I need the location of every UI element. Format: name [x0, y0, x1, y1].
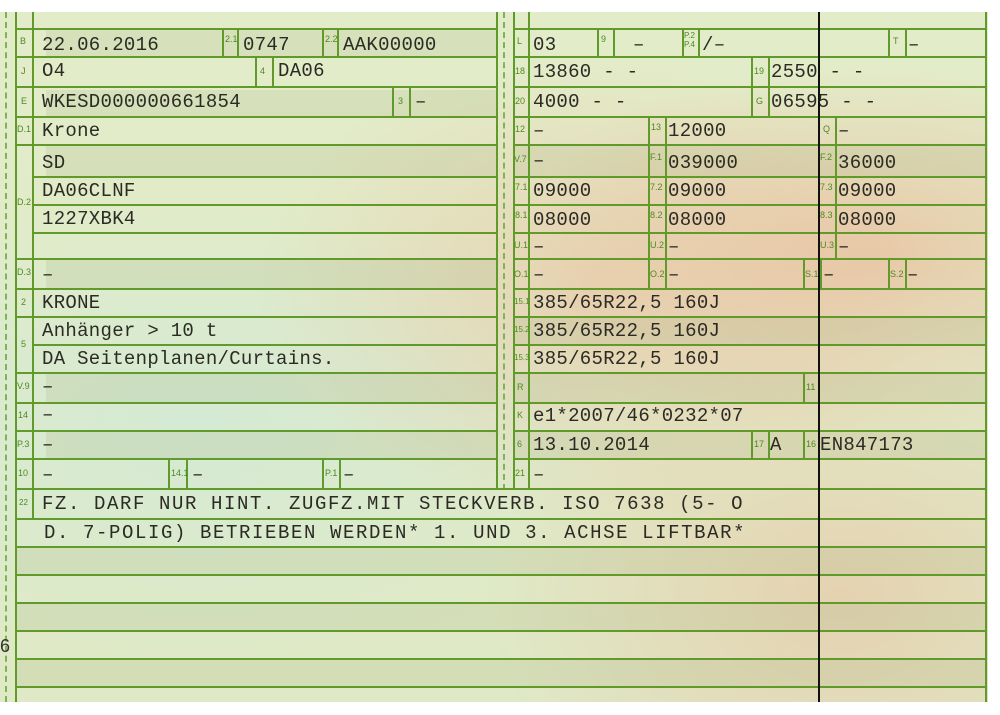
label-6: 6 — [517, 440, 522, 449]
field-S2-standing: – — [907, 266, 919, 285]
field-8-3-axle-load-3: 08000 — [838, 211, 897, 230]
label-U3: U.3 — [820, 241, 834, 250]
fold-line — [818, 12, 820, 702]
label-S2: S.2 — [890, 270, 904, 279]
field-D2-variant-line-2: DA06CLNF — [42, 182, 136, 201]
field-Q-power-weight-ratio: – — [838, 122, 850, 141]
field-2-2-type-code: AAK00000 — [343, 36, 437, 55]
label-5: 5 — [21, 340, 26, 349]
field-O1-braked-trailer-load: – — [533, 266, 545, 285]
label-T: T — [893, 37, 899, 46]
label-L: L — [517, 37, 522, 46]
label-16: 16 — [806, 440, 816, 449]
field-D1-make: Krone — [42, 122, 101, 141]
label-15-1: 15.1 — [514, 298, 530, 306]
field-5-vehicle-type-line-1: Anhänger > 10 t — [42, 322, 218, 341]
field-15-1-tyres-axle-1: 385/65R22,5 160J — [533, 294, 720, 313]
field-J-vehicle-class: O4 — [42, 62, 65, 81]
label-19: 19 — [754, 67, 764, 76]
field-P2-P4-power-rpm: /– — [702, 36, 725, 55]
label-7-3: 7.3 — [820, 183, 833, 192]
field-T-max-speed: – — [908, 36, 920, 55]
label-D1: D.1 — [17, 125, 31, 134]
label-22: 22 — [19, 499, 28, 507]
field-17-operating-permit: A — [770, 436, 782, 455]
field-21-other-remarks: – — [533, 466, 545, 485]
field-20-height: 4000 - - — [533, 93, 627, 112]
label-10: 10 — [18, 469, 28, 478]
field-10-fuel-code: – — [42, 466, 54, 485]
field-D2-version-line-3: 1227XBK4 — [42, 210, 136, 229]
field-14-1-emission-code: – — [192, 466, 204, 485]
label-21: 21 — [515, 469, 525, 478]
field-F2-permissible-mass: 36000 — [838, 154, 897, 173]
margin-number: 6 — [0, 636, 10, 657]
label-O2: O.2 — [650, 270, 665, 279]
label-F2: F.2 — [820, 153, 832, 162]
field-G-mass-in-service: 06595 - - — [771, 93, 876, 112]
field-7-2-axle-load-2: 09000 — [668, 182, 727, 201]
field-E-vin: WKESD000000661854 — [42, 93, 241, 112]
field-L-axles: 03 — [533, 36, 556, 55]
field-D2-type-line-1: SD — [42, 154, 65, 173]
field-2-manufacturer: KRONE — [42, 294, 101, 313]
label-20: 20 — [515, 97, 525, 106]
label-3: 3 — [398, 97, 403, 106]
label-13: 13 — [651, 123, 661, 132]
field-8-1-axle-load-1: 08000 — [533, 211, 592, 230]
field-V7-co2: – — [533, 152, 545, 171]
label-8-1: 8.1 — [515, 211, 528, 220]
label-18: 18 — [515, 67, 525, 76]
remarks-line-1: FZ. DARF NUR HINT. ZUGFZ.MIT STECKVERB. … — [42, 495, 744, 514]
field-O2-unbraked-trailer-load: – — [668, 266, 680, 285]
field-15-3-tyres-axle-3: 385/65R22,5 160J — [533, 350, 720, 369]
field-P3-fuel: – — [42, 436, 54, 455]
field-U1-noise-stationary: – — [533, 238, 545, 257]
field-18-length: 13860 - - — [533, 63, 638, 82]
label-O1: O.1 — [514, 270, 529, 279]
label-2: 2 — [21, 298, 26, 307]
label-P2-P4: P.2 P.4 — [684, 31, 695, 49]
label-U2: U.2 — [650, 241, 664, 250]
field-U3-noise-drive-by: – — [838, 238, 850, 257]
label-12: 12 — [515, 125, 525, 134]
label-2-2: 2.2 — [325, 35, 338, 44]
field-P1-displacement: – — [343, 466, 355, 485]
field-4-body-type: DA06 — [278, 62, 325, 81]
label-Q: Q — [823, 125, 830, 134]
label-U1: U.1 — [514, 241, 528, 250]
label-7-2: 7.2 — [650, 183, 663, 192]
label-J: J — [21, 67, 26, 76]
field-12-tank-volume: – — [533, 122, 545, 141]
field-13-support-load: 12000 — [668, 122, 727, 141]
label-D2: D.2 — [17, 198, 31, 207]
field-3-check-digit: – — [415, 93, 427, 112]
field-V9-emission-class: – — [42, 378, 54, 397]
field-15-2-tyres-axle-2: 385/65R22,5 160J — [533, 322, 720, 341]
label-S1: S.1 — [805, 270, 819, 279]
label-17: 17 — [754, 440, 764, 449]
field-F1-max-technical-mass: 039000 — [668, 154, 738, 173]
label-11: 11 — [806, 383, 815, 392]
label-8-3: 8.3 — [820, 211, 833, 220]
label-9: 9 — [601, 35, 606, 44]
label-P1: P.1 — [325, 469, 337, 478]
label-4: 4 — [260, 67, 265, 76]
field-8-2-axle-load-2: 08000 — [668, 211, 727, 230]
label-V9: V.9 — [17, 382, 30, 391]
label-15-3: 15.3 — [514, 354, 530, 362]
label-2-1: 2.1 — [225, 35, 238, 44]
label-15-2: 15.2 — [514, 326, 530, 334]
field-16-document-number: EN847173 — [820, 436, 914, 455]
label-14: 14 — [18, 411, 28, 420]
label-E: E — [21, 97, 27, 106]
label-G: G — [756, 97, 763, 106]
label-F1: F.1 — [650, 153, 662, 162]
label-B: B — [20, 37, 26, 46]
label-D3: D.3 — [17, 268, 31, 277]
label-P3: P.3 — [17, 440, 29, 449]
field-2-1-manufacturer-code: 0747 — [243, 36, 290, 55]
remarks-line-2: D. 7-POLIG) BETRIEBEN WERDEN* 1. UND 3. … — [31, 524, 746, 543]
field-D3-trade-name: – — [42, 266, 54, 285]
field-S1-seats: – — [823, 266, 835, 285]
label-14-1: 14.1 — [171, 469, 189, 478]
field-9-driven-axles: – — [633, 36, 645, 55]
label-7-1: 7.1 — [515, 183, 528, 192]
field-K-type-approval-number: e1*2007/46*0232*07 — [533, 407, 744, 426]
label-8-2: 8.2 — [650, 211, 663, 220]
field-14-emission-text: – — [42, 406, 54, 425]
field-7-3-axle-load-3: 09000 — [838, 182, 897, 201]
field-6-type-approval-date: 13.10.2014 — [533, 436, 650, 455]
field-U2-engine-speed: – — [668, 238, 680, 257]
label-K: K — [517, 411, 523, 420]
label-V7: V.7 — [514, 155, 527, 164]
field-B-first-registration: 22.06.2016 — [42, 36, 159, 55]
label-R: R — [517, 383, 524, 392]
field-5-body-line-2: DA Seitenplanen/Curtains. — [42, 350, 335, 369]
field-7-1-axle-load-1: 09000 — [533, 182, 592, 201]
